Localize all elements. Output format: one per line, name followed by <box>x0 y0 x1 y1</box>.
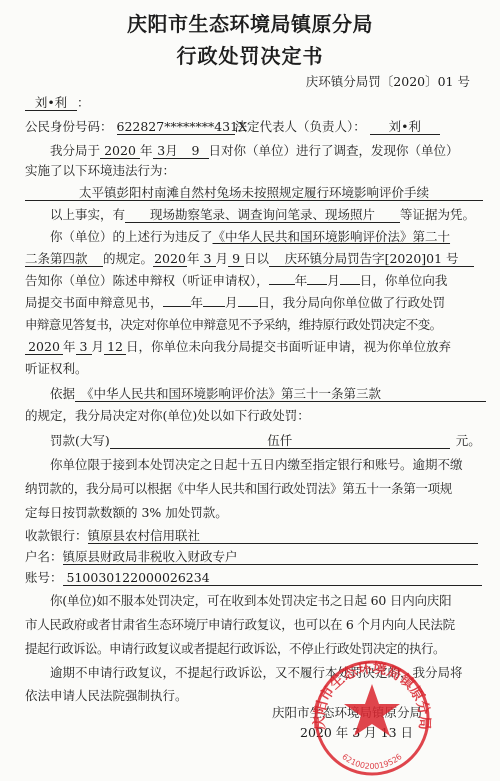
violation-value: 太平镇彭阳村南滩自然村兔场未按照规定履行环境影响评价手续 <box>25 185 483 201</box>
investigation-day: 9 <box>183 143 209 159</box>
text: 年 <box>191 295 204 310</box>
text-line: 纳罚款的，我分局可以根据《中华人民共和国行政处罚法》第五十一条第一项规 <box>25 480 480 498</box>
text: 的规定。 <box>103 251 153 266</box>
fine-label: 罚款(大写) <box>50 433 110 448</box>
text: 你（单位）的上述行为违反了 <box>50 229 213 244</box>
text: ，我分局向你单位做了行政处罚 <box>270 295 445 310</box>
id-label: 公民身份号码： <box>25 119 113 134</box>
basis-line: 依据《中华人民共和国环境影响评价法》第三十一条第三款 <box>25 385 500 403</box>
text: 日 <box>258 295 271 310</box>
law-name: 《中华人民共和国环境影响评价法》第二十 <box>213 229 451 244</box>
text-line: 市人民政府或者甘肃省生态环境厅申请行政复议，也可以在 6 个月内向人民法院 <box>25 616 480 634</box>
defense-line: 告知你（单位）陈述申辩权（听证申请权），年月日，你单位向我 <box>25 272 480 290</box>
doc-title: 行政处罚决定书 <box>0 40 500 69</box>
bank-value: 镇原县农村信用联社 <box>88 528 478 544</box>
text: 等证据为凭。 <box>400 207 475 222</box>
text-line: 实施了以下环境违法行为： <box>25 162 480 180</box>
text: 以上事实，有 <box>50 207 125 222</box>
text: ，你单位向我 <box>372 273 447 288</box>
law-violated-line-2: 二条第四款的规定。2020年3月9日以庆环镇分局罚告字[2020]01 号 <box>25 250 480 268</box>
text: 年 <box>63 339 76 354</box>
id-value: 622827********431X <box>117 119 235 135</box>
defense-line-2: 局提交书面申辩意见书，年月日，我分局向你单位做了行政处罚 <box>25 294 480 312</box>
account-no-value: 510030122000026234 <box>63 570 482 586</box>
colon: ： <box>77 95 90 110</box>
hearing-year: 2020 <box>25 339 63 355</box>
official-seal-icon: 庆阳市生态环境局镇原分局 6210020019526 <box>302 658 442 780</box>
text: 日以 <box>244 251 269 266</box>
text: 月 <box>225 295 238 310</box>
text: 月 <box>327 273 340 288</box>
text-line: 定每日按罚款数额的 3% 加处罚款。 <box>25 504 480 522</box>
text: 年 <box>187 251 200 266</box>
law-violated-line: 你（单位）的上述行为违反了《中华人民共和国环境影响评价法》第二十 <box>25 228 500 246</box>
fine-amount: 伍仟 <box>110 433 450 449</box>
text-line: 你(单位)如不服本处罚决定，可在收到本处罚决定书之日起 60 日内向庆阳 <box>25 592 500 610</box>
text: 月 <box>92 339 105 354</box>
text-line: 提起行政诉讼。申请行政复议或者提起行政诉讼，不停止行政处罚决定的执行。 <box>25 640 480 658</box>
party-name: 刘•利 <box>25 95 77 111</box>
basis-law: 《中华人民共和国环境影响评价法》第三十一条第三款 <box>75 386 486 402</box>
text-line: 的规定，我分局决定对你(单位)处以如下行政处罚： <box>25 407 480 425</box>
evidence-value: 现场勘察笔录、调查询问笔录、现场照片 <box>125 207 400 223</box>
hearing-line: 2020年3月12日，你单位未向我分局提交书面听证申请，视为你单位放弃 <box>25 338 480 356</box>
text: 局提交书面申辩意见书， <box>25 295 163 310</box>
account-name-label: 户名： <box>25 549 63 564</box>
notice-year: 2020 <box>153 251 187 267</box>
text-line: 你单位限于接到本处罚决定之日起十五日内缴至指定银行和账号。逾期不缴 <box>25 456 490 474</box>
rep-value: 刘•利 <box>370 119 440 135</box>
account-name-line: 户名：镇原县财政局非税收入财政专户 <box>25 548 480 566</box>
investigation-line: 我分局于2020年3月9日对你（单位）进行了调查，发现你（单位） <box>25 142 500 160</box>
doc-title-agency: 庆阳市生态环境局镇原分局 <box>0 8 500 37</box>
id-line: 公民身份号码： 622827********431X法定代表人（负责人）： 刘•… <box>25 118 480 136</box>
text: 日，你单位未向我分局提交书面听证申请，视为你单位放弃 <box>126 339 451 354</box>
text: 依据 <box>50 386 75 401</box>
hearing-month: 3 <box>76 339 92 355</box>
text: 告知你（单位）陈述申辩权（听证申请权）， <box>25 273 269 288</box>
notice-month: 3 <box>200 251 216 267</box>
text-line: 申辩意见答复书，决定对你单位申辩意见不予采纳，维持原行政处罚决定不变。 <box>25 316 480 334</box>
evidence-line: 以上事实，有现场勘察笔录、调查询问笔录、现场照片等证据为凭。 <box>25 206 500 224</box>
notice-number: 庆环镇分局罚告字[2020]01 号 <box>269 251 474 267</box>
text: 日对你（单位）进行了调查，发现你（单位） <box>209 143 459 158</box>
violation-line: 太平镇彭阳村南滩自然村兔场未按照规定履行环境影响评价手续 <box>25 184 480 202</box>
investigation-month: 3月 <box>153 143 183 159</box>
text: 月 <box>216 251 229 266</box>
investigation-year: 2020 <box>100 143 140 159</box>
notice-day: 9 <box>228 251 244 267</box>
bank-label: 收款银行： <box>25 528 88 543</box>
text: 日 <box>360 273 373 288</box>
bank-line: 收款银行：镇原县农村信用联社 <box>25 527 480 545</box>
fine-line: 罚款(大写)伍仟元。 <box>25 432 500 450</box>
text-line: 听证权利。 <box>25 360 480 378</box>
rep-label: 法定代表人（负责人）： <box>235 119 366 134</box>
text: 我分局于 <box>50 143 100 158</box>
text: 年 <box>140 143 153 158</box>
law-article: 二条第四款 <box>25 251 103 267</box>
party-line: 刘•利： <box>25 94 480 112</box>
account-name-value: 镇原县财政局非税收入财政专户 <box>63 549 478 565</box>
text: 年 <box>295 273 308 288</box>
account-no-line: 账号：510030122000026234 <box>25 569 480 587</box>
hearing-day: 12 <box>104 339 126 355</box>
fine-unit: 元。 <box>450 433 481 448</box>
account-no-label: 账号： <box>25 570 63 585</box>
doc-number: 庆环镇分局罚〔2020〕01 号 <box>306 72 470 90</box>
